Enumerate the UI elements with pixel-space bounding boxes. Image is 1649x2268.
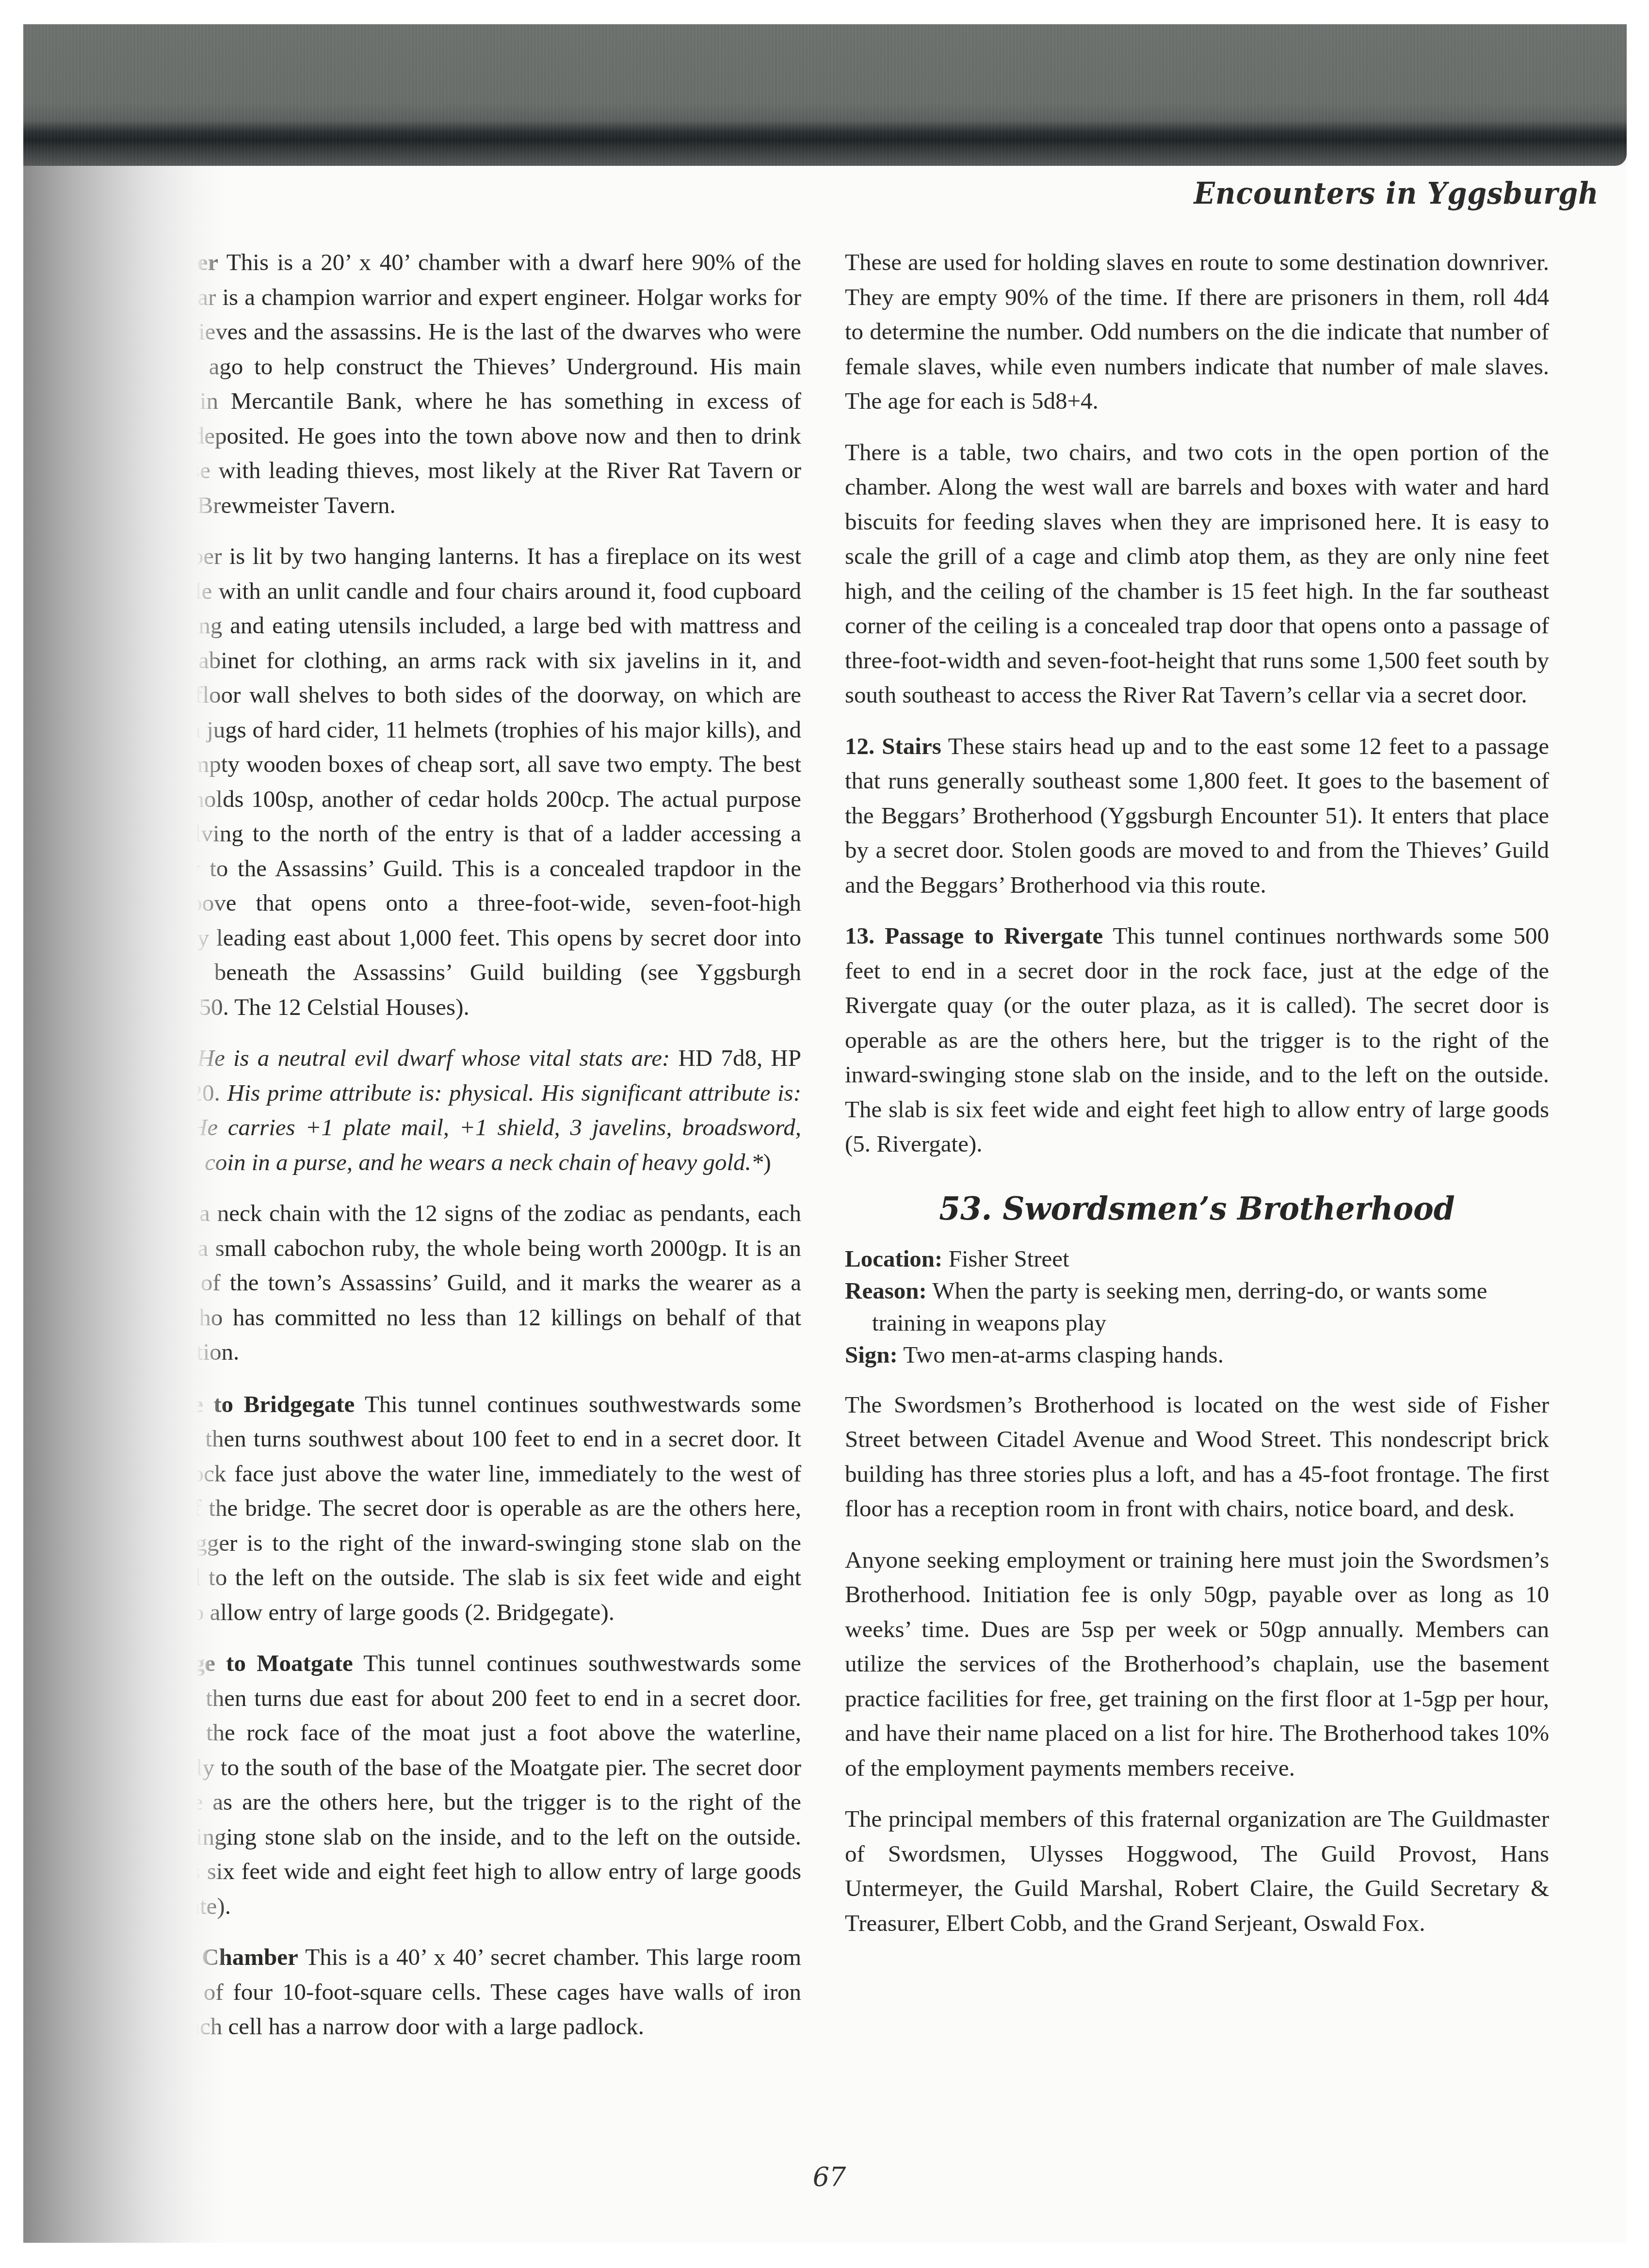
section-53-location-description: The Swordsmen’s Brotherhood is located o… [845, 1387, 1549, 1526]
meta-sign: Sign: Two men-at-arms clasping hands. [845, 1339, 1549, 1371]
footnote: *This is a neck chain with the 12 signs … [115, 1196, 801, 1369]
meta-value: Fisher Street [942, 1245, 1069, 1272]
entry-8-chamber: 8. Chamber This is a 20’ x 40’ chamber w… [96, 245, 801, 522]
npc-stat-block: Holgar (He is a neutral evil dwarf whose… [115, 1041, 801, 1179]
encounter-meta: Location: Fisher Street Reason: When the… [845, 1243, 1549, 1371]
meta-label: Reason: [845, 1277, 927, 1304]
page-number: 67 [800, 2162, 858, 2192]
left-column: 8. Chamber This is a 20’ x 40’ chamber w… [96, 245, 801, 2060]
meta-label: Sign: [845, 1341, 898, 1368]
entry-9-passage-bridgegate: 9. Passage to Bridgegate This tunnel con… [96, 1387, 801, 1630]
entry-text: This tunnel continues southwestwards som… [96, 1650, 801, 1919]
npc-stats: He is a neutral evil dwarf whose vital s… [197, 1045, 679, 1071]
entry-13-passage-rivergate: 13. Passage to Rivergate This tunnel con… [845, 918, 1549, 1161]
section-53-membership: Anyone seeking employment or training he… [845, 1543, 1549, 1785]
meta-reason: Reason: When the party is seeking men, d… [845, 1275, 1549, 1339]
right-column: These are used for holding slaves en rou… [845, 245, 1549, 1957]
scanner-shadow-band [23, 24, 1627, 166]
section-53-principal-members: The principal members of this fraternal … [845, 1802, 1549, 1940]
running-header: Encounters in Yggsburgh [1194, 176, 1599, 211]
section-heading: 53. Swordsmen’s Brotherhood [862, 1187, 1531, 1230]
meta-value: Two men-at-arms clasping hands. [898, 1341, 1224, 1368]
entry-title: 9. Passage to Bridgegate [96, 1391, 355, 1417]
npc-name: Holgar [115, 1045, 181, 1071]
entry-title: 11. Secret Chamber [96, 1944, 298, 1970]
entry-title: 12. Stairs [845, 733, 941, 759]
entry-11-secret-chamber: 11. Secret Chamber This is a 40’ x 40’ s… [96, 1940, 801, 2044]
entry-text: This tunnel continues northwards some 50… [845, 922, 1549, 1157]
entry-8-description: The chamber is lit by two hanging lanter… [96, 539, 801, 1024]
meta-location: Location: Fisher Street [845, 1243, 1549, 1275]
entry-11-furnishings: There is a table, two chairs, and two co… [845, 435, 1549, 712]
meta-value: When the party is seeking men, derring-d… [872, 1277, 1487, 1336]
entry-11-continued: These are used for holding slaves en rou… [845, 245, 1549, 418]
meta-label: Location: [845, 1245, 942, 1272]
entry-title: 8. Chamber [96, 249, 218, 275]
entry-12-stairs: 12. Stairs These stairs head up and to t… [845, 729, 1549, 902]
entry-10-passage-moatgate: 10. Passage to Moatgate This tunnel cont… [96, 1646, 801, 1923]
entry-title: 10. Passage to Moatgate [96, 1650, 353, 1676]
entry-text: This is a 20’ x 40’ chamber with a dwarf… [96, 249, 801, 518]
entry-title: 13. Passage to Rivergate [845, 922, 1103, 949]
entry-text: These stairs head up and to the east som… [845, 733, 1549, 898]
entry-text: This tunnel continues southwestwards som… [96, 1391, 801, 1625]
